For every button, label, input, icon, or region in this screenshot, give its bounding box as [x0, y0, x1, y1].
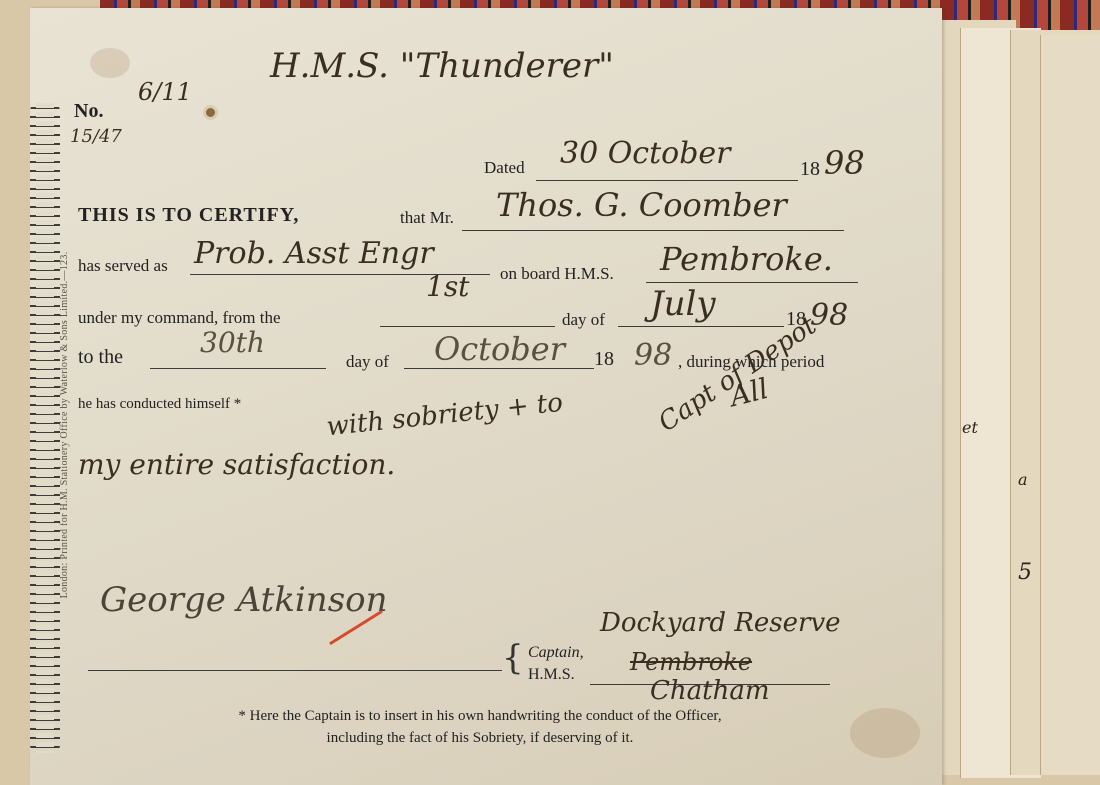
annotation-capt-of-depot: Capt of Depot	[653, 311, 822, 438]
footnote: * Here the Captain is to insert in his o…	[180, 705, 780, 749]
dated-label: Dated	[484, 158, 525, 178]
to-month-line	[404, 368, 594, 369]
ship-header-handwritten: H.M.S. "Thunderer"	[270, 46, 614, 86]
to-day-of-label: day of	[346, 352, 389, 372]
margin-reference: 15/47	[70, 126, 122, 147]
number-value: 6/11	[138, 78, 192, 106]
command-label: under my command, from the	[78, 308, 281, 328]
background-sheet-note: et	[962, 418, 978, 437]
signature-line	[88, 670, 502, 671]
signoff-chatham: Chatham	[650, 676, 770, 706]
from-month-line	[618, 326, 784, 327]
ship-line	[646, 282, 858, 283]
hms-label: H.M.S.	[528, 666, 575, 684]
from-day-line	[380, 326, 555, 327]
printer-imprint: London: Printed for H.M. Stationery Offi…	[59, 135, 73, 715]
dated-year-printed: 18	[800, 158, 820, 181]
captain-signature: George Atkinson	[100, 580, 388, 620]
that-mr-label: that Mr.	[400, 208, 454, 228]
footnote-line-2: including the fact of his Sobriety, if d…	[180, 727, 780, 749]
signoff-dockyard-reserve: Dockyard Reserve	[600, 608, 841, 638]
name-line	[462, 230, 844, 231]
ship-value: Pembroke.	[660, 240, 833, 278]
stain	[90, 48, 130, 78]
footnote-line-1: * Here the Captain is to insert in his o…	[180, 705, 780, 727]
spiral-binding	[30, 103, 60, 753]
signoff-pembroke-struck: Pembroke	[630, 648, 752, 676]
conduct-text-line2: my entire satisfaction.	[78, 448, 395, 481]
served-as-label: has served as	[78, 256, 168, 276]
day-of-label: day of	[562, 310, 605, 330]
from-month-value: July	[650, 284, 716, 324]
conduct-text-line1: with sobriety + to	[325, 388, 564, 443]
background-sheet-note: 5	[1018, 560, 1032, 585]
background-sheet	[1040, 35, 1100, 775]
stain	[850, 708, 920, 758]
to-the-label: to the	[78, 346, 123, 369]
captain-label: Captain,	[528, 644, 584, 662]
background-sheet-note: a	[1018, 470, 1028, 489]
number-label: No.	[74, 100, 103, 123]
to-year-printed: 18	[594, 348, 614, 371]
dated-year-written: 98	[824, 144, 865, 182]
to-day-line	[150, 368, 326, 369]
officer-name: Thos. G. Coomber	[496, 186, 787, 224]
pin-hole	[206, 108, 215, 117]
conduct-label: he has conducted himself *	[78, 396, 241, 413]
on-board-label: on board H.M.S.	[500, 264, 614, 284]
to-year-written: 98	[634, 338, 672, 373]
certificate-page: London: Printed for H.M. Stationery Offi…	[30, 8, 942, 785]
from-day-value: 1st	[426, 270, 469, 303]
brace: {	[502, 638, 524, 678]
to-month-value: October	[434, 330, 565, 368]
dated-line	[536, 180, 798, 181]
certify-heading: THIS IS TO CERTIFY,	[78, 204, 299, 227]
dated-value: 30 October	[560, 136, 731, 171]
to-day-value: 30th	[200, 326, 265, 359]
rank-value: Prob. Asst Engr	[194, 236, 434, 271]
